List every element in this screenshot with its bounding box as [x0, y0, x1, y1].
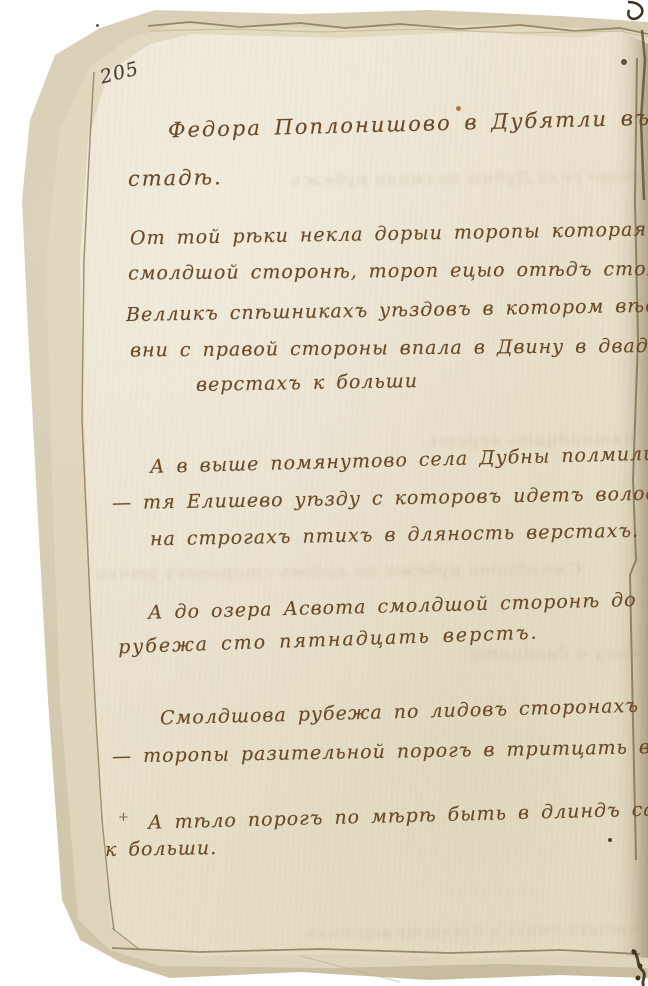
- manuscript-photo: А в выше помянутово села Дубны полмили р…: [0, 0, 648, 986]
- paper-speck: [96, 24, 99, 27]
- manuscript-line: верстахъ к больши: [196, 370, 418, 396]
- marginal-cross-mark: +: [118, 810, 130, 825]
- verso-show-through: на строгахъ птихъ в дляность верстахъ.: [300, 920, 648, 942]
- heading-line: стадѣ.: [128, 165, 223, 191]
- manuscript-line: смолдшой сторонѣ, тороп ецыо отѣдъ столо…: [128, 258, 648, 285]
- ink-speck: [456, 106, 461, 111]
- binding-stitch-top-icon: [628, 2, 642, 19]
- manuscript-line: к больши.: [105, 837, 218, 861]
- manuscript-line: вни с правой стороны впала в Двину в два…: [130, 334, 648, 361]
- paper-speck: [608, 838, 612, 842]
